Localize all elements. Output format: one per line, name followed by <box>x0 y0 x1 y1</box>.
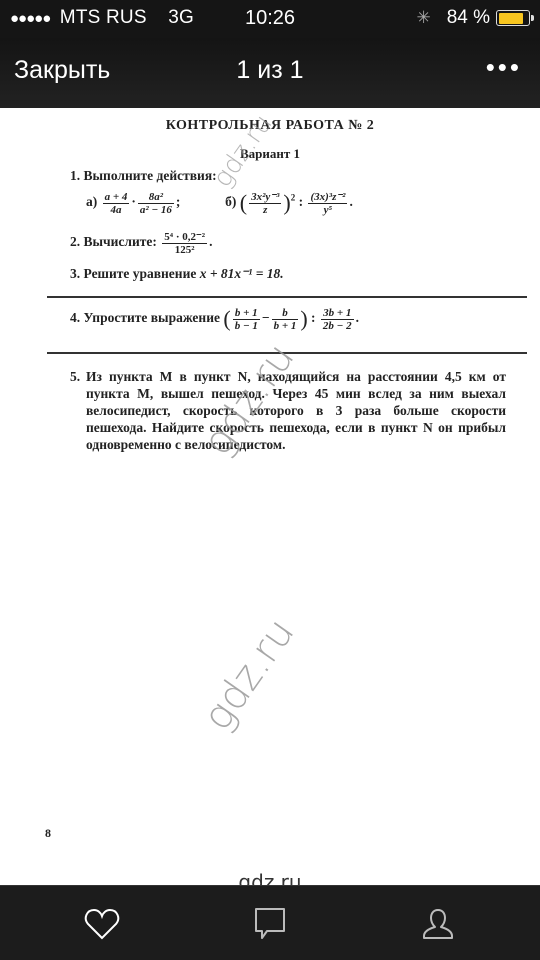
task-4: 4. Упростите выражение (b + 1b − 1−bb + … <box>70 306 359 332</box>
variant-heading: Вариант 1 <box>0 146 540 162</box>
tab-bar <box>0 885 540 960</box>
close-button[interactable]: Закрыть <box>14 56 110 85</box>
fraction: 8a²a² − 16 <box>138 191 174 216</box>
fraction: 3x²y⁻³z <box>249 190 281 216</box>
document-page[interactable]: КОНТРОЛЬНАЯ РАБОТА № 2 Вариант 1 1. Выпо… <box>0 108 540 885</box>
nav-bar: Закрыть 1 из 1 ••• <box>0 38 540 108</box>
more-button[interactable]: ••• <box>486 52 522 83</box>
footer-watermark: gdz.ru <box>0 870 540 885</box>
comment-icon <box>253 907 287 941</box>
battery-percent: 84 % <box>447 7 490 29</box>
battery-icon <box>496 10 530 26</box>
fraction: (3x)³z⁻²y⁵ <box>308 190 347 216</box>
status-bar: ●●●●● MTS RUS 3G 10:26 ✳ 84 % <box>0 0 540 38</box>
task-1-expressions: а) a + 44a·8a²a² − 16; б) (3x²y⁻³z)2 : (… <box>86 190 353 216</box>
task-3: 3. Решите уравнение x + 81x⁻¹ = 18. <box>70 266 284 282</box>
watermark: gdz.ru <box>194 610 303 739</box>
fraction: bb + 1 <box>272 307 299 332</box>
task-2: 2. Вычислите: 5⁴ · 0,2⁻²125². <box>70 230 212 256</box>
comment-button[interactable] <box>250 904 290 944</box>
divider <box>47 296 527 298</box>
fraction: 3b + 12b − 2 <box>321 307 354 332</box>
like-button[interactable] <box>82 904 122 944</box>
profile-icon <box>421 907 455 941</box>
status-right: ✳ 84 % <box>416 7 530 29</box>
heart-icon <box>84 908 120 940</box>
page-number: 8 <box>45 826 51 841</box>
task-1-label: 1. Выполните действия: <box>70 168 217 184</box>
fraction: 5⁴ · 0,2⁻²125² <box>162 230 207 256</box>
battery-level <box>499 13 523 24</box>
fraction: b + 1b − 1 <box>233 307 260 332</box>
fraction: a + 44a <box>103 191 130 216</box>
profile-button[interactable] <box>418 904 458 944</box>
spinner-icon: ✳ <box>416 8 430 28</box>
